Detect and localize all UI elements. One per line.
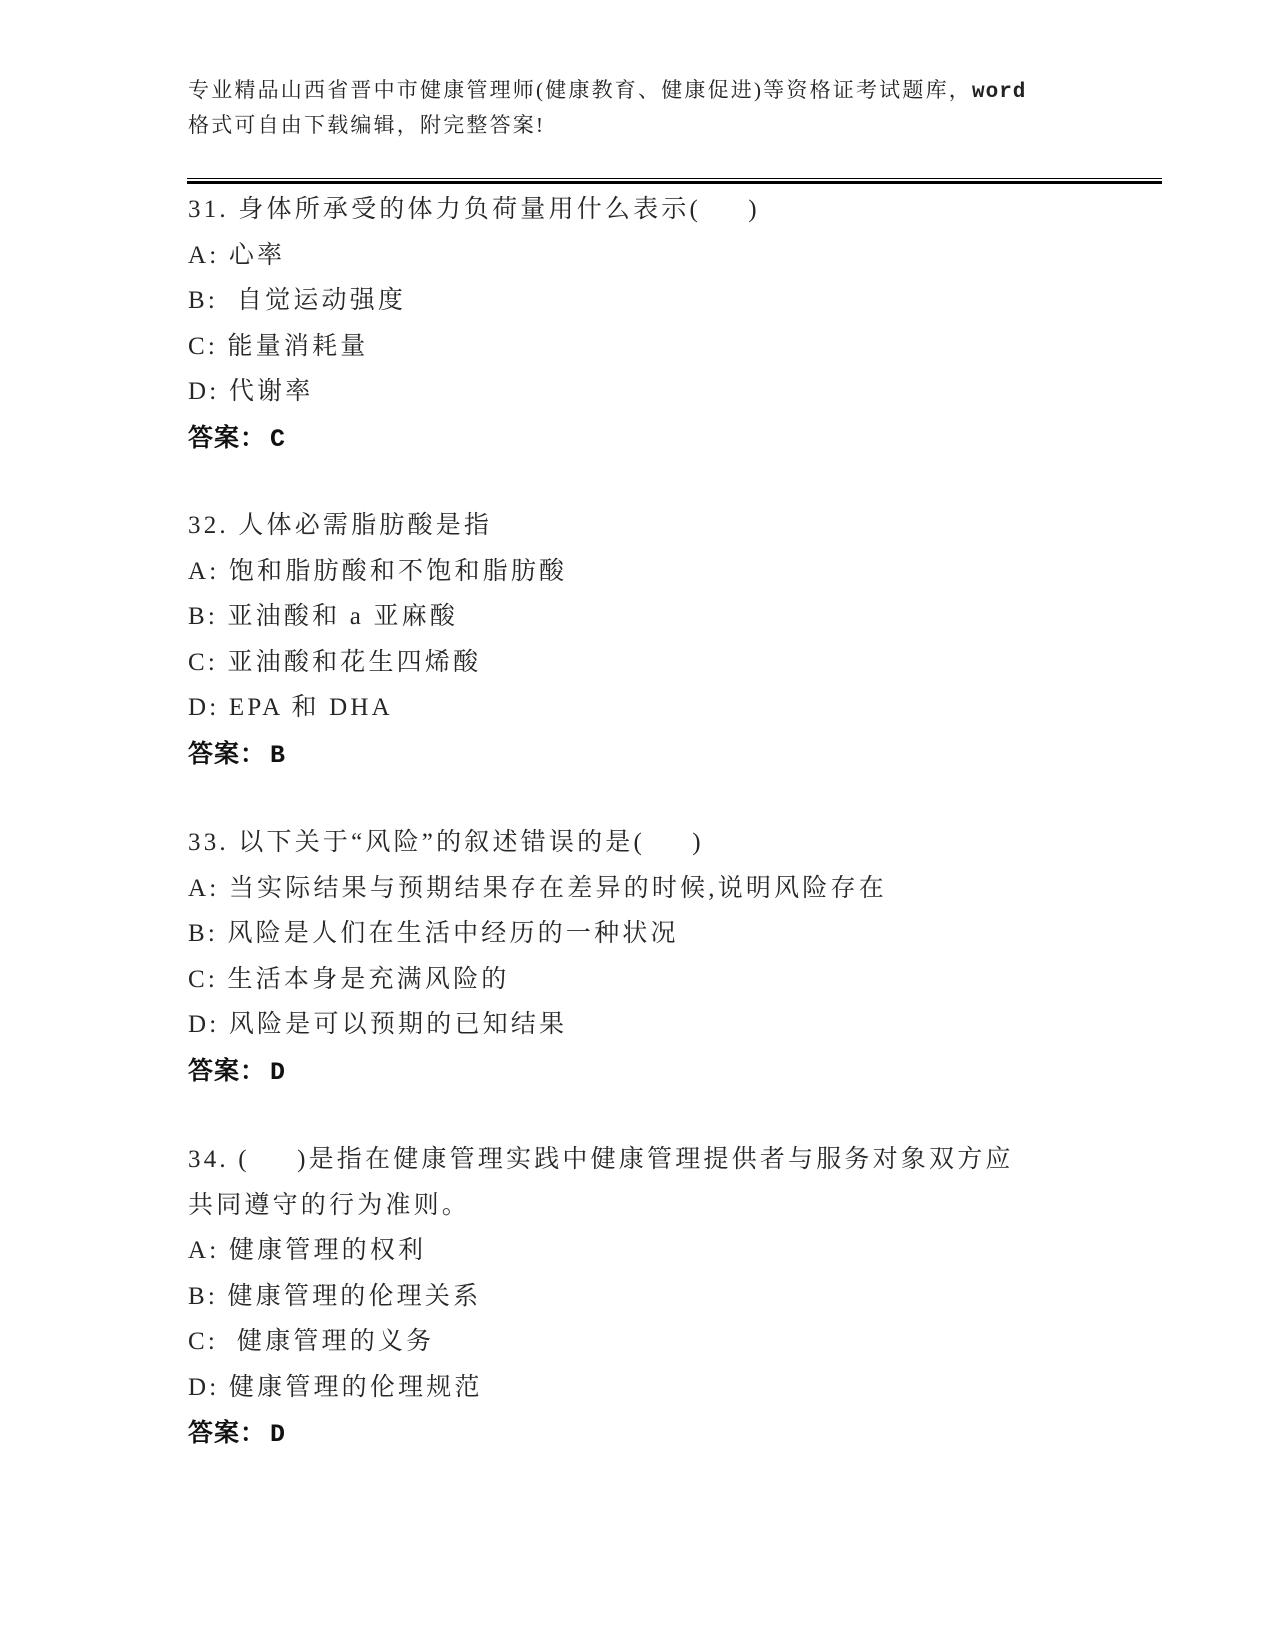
question-32: 32. 人体必需脂肪酸是指 A: 饱和脂肪酸和不饱和脂肪酸 B: 亚油酸和 a … (188, 503, 1088, 776)
option-c: C: 健康管理的义务 (188, 1319, 1088, 1365)
option-d: D: 风险是可以预期的已知结果 (188, 1002, 1088, 1048)
question-stem: 32. 人体必需脂肪酸是指 (188, 503, 1088, 549)
option-b: B: 亚油酸和 a 亚麻酸 (188, 594, 1088, 640)
document-header: 专业精品山西省晋中市健康管理师(健康教育、健康促进)等资格证考试题库，word … (188, 74, 1088, 141)
answer-value: C (270, 425, 286, 454)
answer-line: 答案：B (188, 731, 1088, 777)
answer-value: D (270, 1420, 286, 1449)
question-stem-continued: 共同遵守的行为准则。 (188, 1183, 1088, 1229)
answer-value: D (270, 1058, 286, 1087)
option-c: C: 生活本身是充满风险的 (188, 957, 1088, 1003)
option-d: D: 健康管理的伦理规范 (188, 1365, 1088, 1411)
question-34: 34. ( )是指在健康管理实践中健康管理提供者与服务对象双方应 共同遵守的行为… (188, 1137, 1088, 1456)
option-a: A: 心率 (188, 233, 1088, 279)
answer-value: B (270, 741, 286, 770)
header-double-rule (187, 178, 1162, 184)
option-c: C: 亚油酸和花生四烯酸 (188, 640, 1088, 686)
answer-line: 答案：C (188, 415, 1088, 461)
answer-line: 答案：D (188, 1048, 1088, 1094)
option-d: D: EPA 和 DHA (188, 685, 1088, 731)
question-31: 31. 身体所承受的体力负荷量用什么表示( ) A: 心率 B: 自觉运动强度 … (188, 187, 1088, 460)
option-c: C: 能量消耗量 (188, 324, 1088, 370)
question-stem: 33. 以下关于“风险”的叙述错误的是( ) (188, 820, 1088, 866)
header-line-2: 格式可自由下载编辑，附完整答案! (188, 109, 1088, 141)
answer-line: 答案：D (188, 1410, 1088, 1456)
option-a: A: 当实际结果与预期结果存在差异的时候,说明风险存在 (188, 866, 1088, 912)
option-a: A: 健康管理的权利 (188, 1228, 1088, 1274)
option-d: D: 代谢率 (188, 369, 1088, 415)
option-a: A: 饱和脂肪酸和不饱和脂肪酸 (188, 549, 1088, 595)
option-b: B: 健康管理的伦理关系 (188, 1274, 1088, 1320)
option-b: B: 自觉运动强度 (188, 278, 1088, 324)
option-b: B: 风险是人们在生活中经历的一种状况 (188, 911, 1088, 957)
question-stem: 31. 身体所承受的体力负荷量用什么表示( ) (188, 187, 1088, 233)
question-stem: 34. ( )是指在健康管理实践中健康管理提供者与服务对象双方应 (188, 1137, 1088, 1183)
question-33: 33. 以下关于“风险”的叙述错误的是( ) A: 当实际结果与预期结果存在差异… (188, 820, 1088, 1093)
header-line-1: 专业精品山西省晋中市健康管理师(健康教育、健康促进)等资格证考试题库，word (188, 74, 1088, 109)
